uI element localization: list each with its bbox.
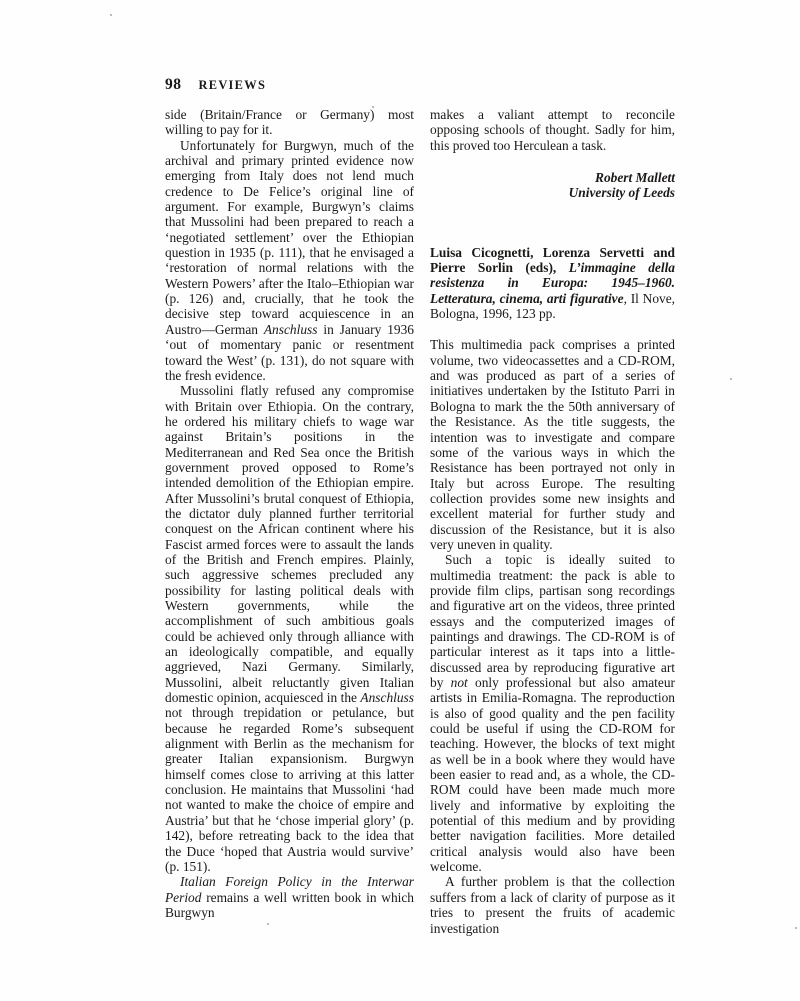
text-run: remains a well written book in which Bur… <box>165 890 414 920</box>
text-run: not through trepidation or petulance, bu… <box>165 705 414 873</box>
text-run: not <box>451 675 468 690</box>
scan-speck <box>267 923 269 925</box>
paragraph: side (Britain/France or Germany) most wi… <box>165 107 414 138</box>
review-closing: makes a valiant attempt to reconcile opp… <box>430 107 675 153</box>
paragraph: Mussolini flatly refused any compromise … <box>165 383 414 874</box>
text-run: side (Britain/France or Germany) most wi… <box>165 107 414 137</box>
text-run: makes a valiant attempt to reconcile opp… <box>430 107 675 153</box>
journal-page: 98REVIEWS side (Britain/France or German… <box>0 0 800 1001</box>
scan-speck <box>110 14 112 16</box>
text-run: only professional but also amateur artis… <box>430 675 675 874</box>
right-column: makes a valiant attempt to reconcile opp… <box>430 107 675 936</box>
text-run: Anschluss <box>264 322 318 337</box>
text-run: This multimedia pack comprises a printed… <box>430 337 675 551</box>
reviewer-affiliation: University of Leeds <box>430 185 675 200</box>
paragraph: Such a topic is ideally suited to multim… <box>430 552 675 874</box>
paragraph: This multimedia pack comprises a printed… <box>430 337 675 552</box>
reviewer-signature: Robert Mallett University of Leeds <box>430 170 675 201</box>
text-run: Mussolini flatly refused any compromise … <box>165 383 414 705</box>
text-run: A further problem is that the collection… <box>430 874 675 935</box>
text-run: Such a topic is ideally suited to multim… <box>430 552 675 690</box>
paragraph: makes a valiant attempt to reconcile opp… <box>430 107 675 153</box>
scan-speck <box>560 885 562 887</box>
review-body: This multimedia pack comprises a printed… <box>430 337 675 935</box>
paragraph: A further problem is that the collection… <box>430 874 675 935</box>
text-run: Unfortunately for Burgwyn, much of the a… <box>165 138 414 337</box>
text-run: Anschluss <box>360 690 414 705</box>
page-header: 98REVIEWS <box>165 76 266 94</box>
scan-speck <box>795 927 797 929</box>
section-title: REVIEWS <box>199 78 267 92</box>
scan-speck <box>730 378 732 380</box>
paragraph: Italian Foreign Policy in the Interwar P… <box>165 874 414 920</box>
reviewer-name: Robert Mallett <box>430 170 675 185</box>
page-number: 98 <box>165 76 182 93</box>
left-column: side (Britain/France or Germany) most wi… <box>165 107 414 920</box>
review-citation: Luisa Cicognetti, Lorenza Servetti and P… <box>430 245 675 322</box>
paragraph: Unfortunately for Burgwyn, much of the a… <box>165 138 414 384</box>
scan-speck <box>372 106 374 108</box>
